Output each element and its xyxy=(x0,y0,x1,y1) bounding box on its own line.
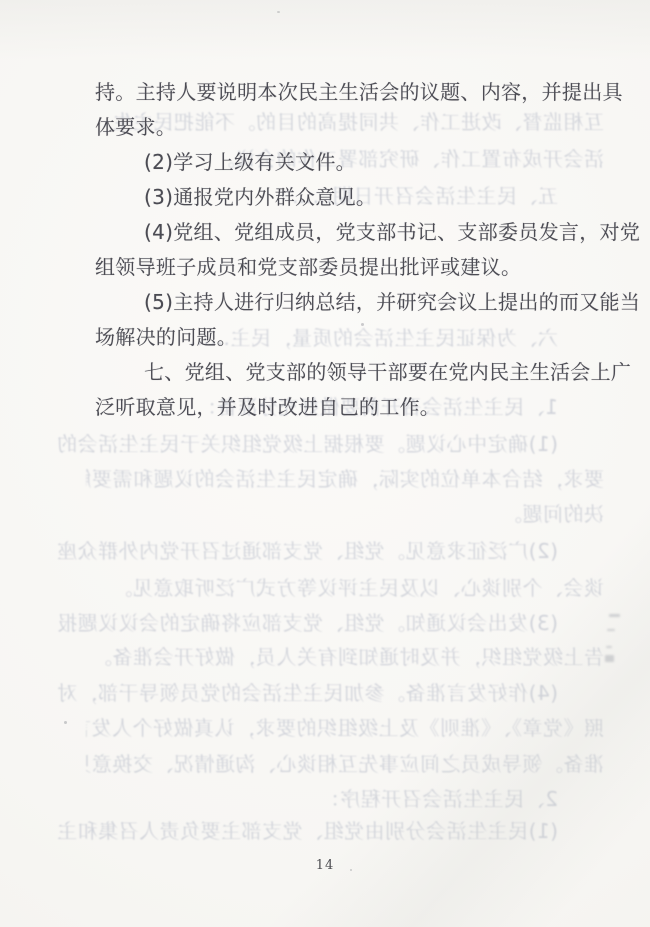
page-number: 14 xyxy=(0,858,650,874)
scan-speck xyxy=(350,869,352,871)
body-text-line: (4)党组、党组成员，党支部书记、支部委员发言，对党 xyxy=(95,215,611,250)
body-text-line: (3)通报党内外群众意见。 xyxy=(95,180,611,215)
bleedthrough-text-line: (3)发出会议通知。党组、党支部应将确定的会议议题报 xyxy=(40,611,604,635)
bleedthrough-text-line: 告上级党组织，并及时通知到有关人员，做好开会准备。 xyxy=(86,645,604,669)
bleedthrough-text-line: 要求，结合本单位的实际，确定民主生活会的议题和需要解 xyxy=(86,467,604,491)
scanned-document-page: 互相监督、改进工作、共同提高的目的。不能把民主生 活会开成布置工作、研究部署工作… xyxy=(0,0,650,927)
body-text-line: 七、党组、党支部的领导干部要在党内民主生活会上广 xyxy=(95,355,611,390)
body-text-line: 场解决的问题。 xyxy=(95,320,611,355)
margin-smudge xyxy=(605,655,614,662)
body-text-line: (5)主持人进行归纳总结，并研究会议上提出的而又能当 xyxy=(95,285,611,320)
body-text-line: 泛听取意见，并及时改进自己的工作。 xyxy=(95,390,611,425)
bleedthrough-text-line: (2)广泛征求意见。党组、党支部通过召开党内外群众座 xyxy=(40,539,604,563)
bleedthrough-text-line: 2、民主生活会召开程序： xyxy=(40,787,604,811)
scan-speck xyxy=(361,323,364,326)
margin-smudge xyxy=(609,614,620,617)
bleedthrough-text-line: 准备。领导成员之间应事先互相谈心、沟通情况、交换意见。 xyxy=(86,752,604,776)
bleedthrough-text-line: 照《党章》、《准则》及上级组织的要求，认真做好个人发言 xyxy=(86,716,604,740)
margin-smudge xyxy=(606,646,612,648)
scan-speck xyxy=(277,11,280,13)
bleedthrough-text-line: (1)民主生活会分别由党组、党支部主要负责人召集和主 xyxy=(40,819,604,843)
margin-smudge xyxy=(607,629,615,631)
scan-speck xyxy=(64,721,67,724)
body-text-line: 体要求。 xyxy=(95,110,611,145)
body-text-line: 持。主持人要说明本次民主生活会的议题、内容，并提出具 xyxy=(95,75,611,110)
document-body-text: 持。主持人要说明本次民主生活会的议题、内容，并提出具 体要求。 (2)学习上级有… xyxy=(95,75,611,425)
body-text-line: 组领导班子成员和党支部委员提出批评或建议。 xyxy=(95,250,611,285)
bleedthrough-text-line: (1)确定中心议题。要根据上级党组织关于民主生活会的 xyxy=(40,432,604,456)
bleedthrough-text-line: (4)作好发言准备。参加民主生活会的党员领导干部，对 xyxy=(40,681,604,705)
bleedthrough-text-line: 谈会、个别谈心、以及民主评议等方式广泛听取意见。 xyxy=(86,576,604,600)
bleedthrough-text-line: 决的问题。 xyxy=(86,502,604,526)
body-text-line: (2)学习上级有关文件。 xyxy=(95,145,611,180)
